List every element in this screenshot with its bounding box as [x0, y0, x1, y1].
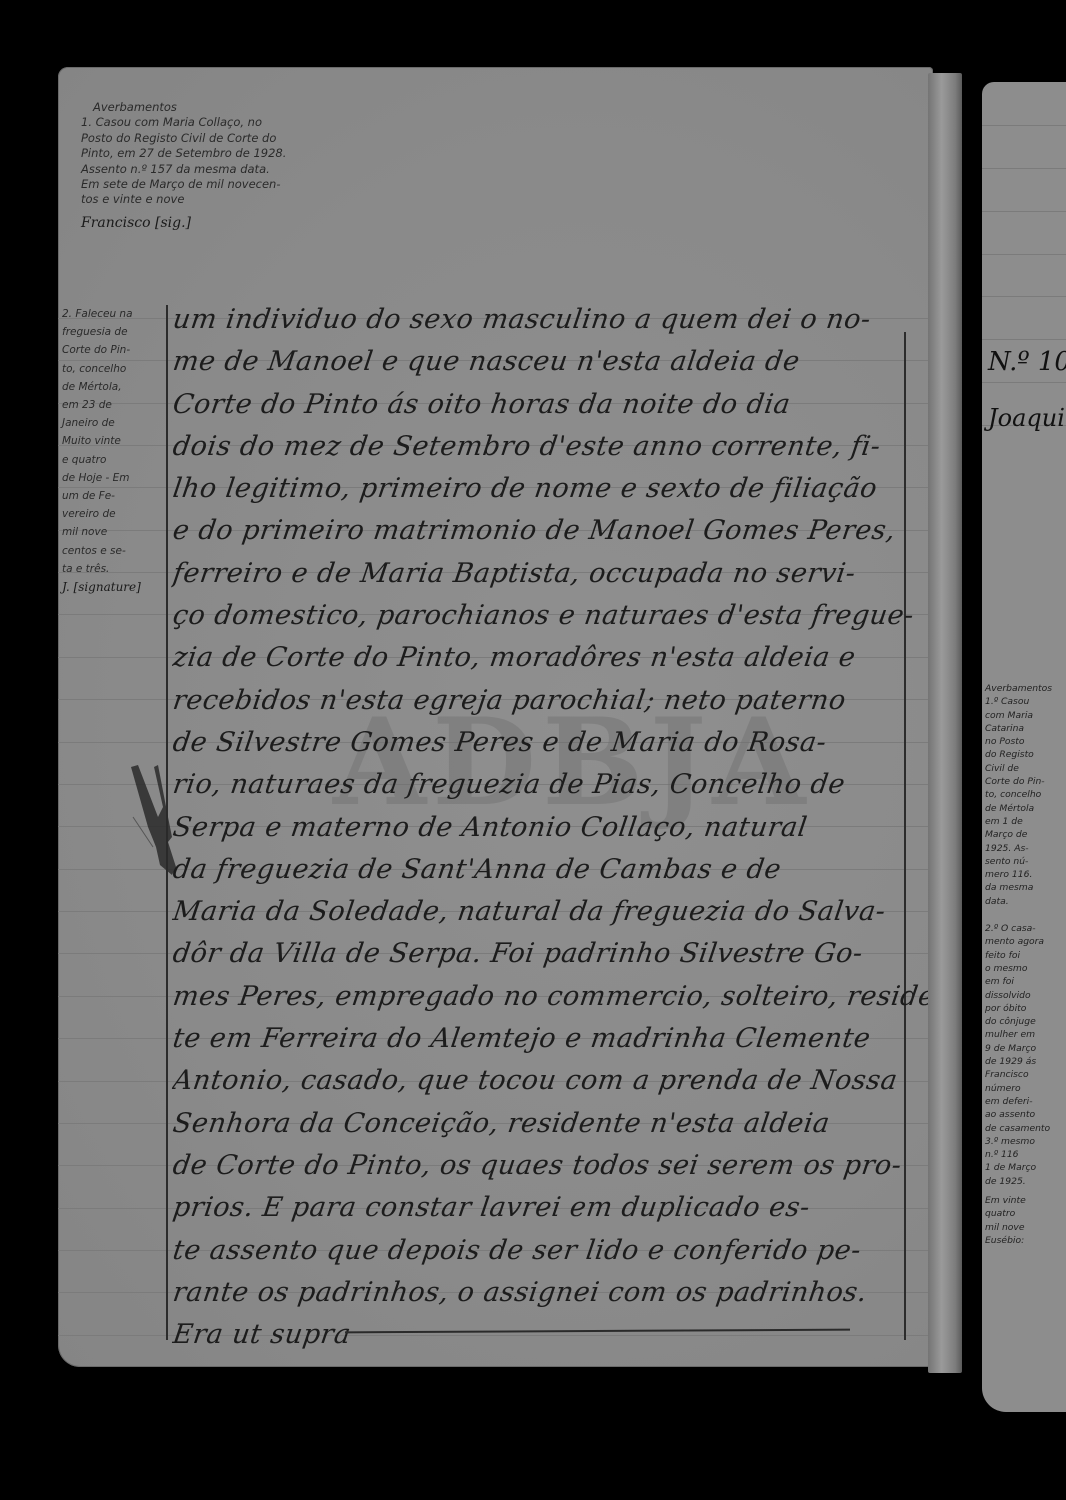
- entry-line: lho legitimo, primeiro de nome e sexto d…: [170, 468, 936, 510]
- marginal-annotation-top: Averbamentos 1. Casou com Maria Collaço,…: [81, 100, 381, 231]
- annotation-line: de 1929 ás: [985, 1055, 1052, 1068]
- entry-line: ço domestico, parochianos e naturaes d'e…: [170, 595, 936, 637]
- annotation-line: Janeiro de: [62, 414, 162, 432]
- entry-line: um individuo do sexo masculino a quem de…: [170, 299, 936, 341]
- entry-line: recebidos n'esta egreja parochial; neto …: [170, 680, 936, 722]
- entry-line: Antonio, casado, que tocou com a prenda …: [170, 1060, 936, 1102]
- annotation-line: e quatro: [62, 451, 162, 469]
- annotation-line: 1 de Março: [985, 1161, 1052, 1174]
- entry-closing-line: Era ut supra: [170, 1314, 936, 1356]
- annotation-line: 1925. As-: [985, 842, 1052, 855]
- annotation-line: 9 de Março: [985, 1042, 1052, 1055]
- annotation-line: centos e se-: [62, 542, 162, 560]
- entry-name-start: Joaquim: [988, 404, 1066, 432]
- annotation-line: Pinto, em 27 de Setembro de 1928.: [81, 146, 381, 161]
- annotation-line: to, concelho: [985, 788, 1052, 801]
- annotation-signature: Francisco [sig.]: [81, 216, 381, 231]
- annotation-line: Averbamentos: [985, 682, 1052, 695]
- entry-line: mes Peres, empregado no commercio, solte…: [170, 976, 936, 1018]
- annotation-line: Civil de: [985, 762, 1052, 775]
- entry-line: me de Manoel e que nasceu n'esta aldeia …: [170, 341, 936, 383]
- annotation-line: ta e três.: [62, 560, 162, 578]
- annotation-line: da mesma: [985, 881, 1052, 894]
- annotation-line: mil nove: [62, 523, 162, 541]
- annotation-line: Corte do Pin-: [62, 341, 162, 359]
- entry-line: Corte do Pinto ás oito horas da noite do…: [170, 384, 936, 426]
- annotation-line: Corte do Pin-: [985, 775, 1052, 788]
- annotation-line: de 1925.: [985, 1175, 1052, 1188]
- marginal-annotation-left: 2. Faleceu na freguesia de Corte do Pin-…: [62, 305, 162, 596]
- annotation-line: do cônjuge: [985, 1015, 1052, 1028]
- entry-line: dôr da Villa de Serpa. Foi padrinho Silv…: [170, 933, 936, 975]
- annotation-line: em 23 de: [62, 396, 162, 414]
- entry-line: da freguezia de Sant'Anna de Cambas e de: [170, 849, 936, 891]
- annotation-line: com Maria: [985, 709, 1052, 722]
- entry-line: te em Ferreira do Alemtejo e madrinha Cl…: [170, 1018, 936, 1060]
- entry-line: ferreiro e de Maria Baptista, occupada n…: [170, 553, 936, 595]
- entry-line: te assento que depois de ser lido e conf…: [170, 1230, 936, 1272]
- annotation-line: 3.º mesmo: [985, 1135, 1052, 1148]
- annotation-line: dissolvido: [985, 989, 1052, 1002]
- right-marginal-annotation: Averbamentos 1.º Casou com Maria Catarin…: [985, 682, 1052, 1247]
- annotation-line: Março de: [985, 828, 1052, 841]
- entry-line: rante os padrinhos, o assignei com os pa…: [170, 1272, 936, 1314]
- entry-line: Senhora da Conceição, residente n'esta a…: [170, 1103, 936, 1145]
- annotation-line: Averbamentos: [81, 100, 381, 115]
- annotation-line: tos e vinte e nove: [81, 192, 381, 207]
- annotation-line: número: [985, 1082, 1052, 1095]
- entry-line: de Corte do Pinto, os quaes todos sei se…: [170, 1145, 936, 1187]
- annotation-line: de casamento: [985, 1122, 1052, 1135]
- annotation-line: Catarina: [985, 722, 1052, 735]
- annotation-line: Em vinte: [985, 1194, 1052, 1207]
- annotation-line: no Posto: [985, 735, 1052, 748]
- entry-number: N.º 107: [988, 347, 1066, 377]
- annotation-line: Eusébio:: [985, 1234, 1052, 1247]
- entry-line: rio, naturaes da freguezia de Pias, Conc…: [170, 764, 936, 806]
- annotation-line: de Mértola: [985, 802, 1052, 815]
- left-register-page: ADBJA Averbamentos 1. Casou com Maria Co…: [58, 67, 933, 1367]
- annotation-signature: J. [signature]: [62, 578, 162, 596]
- entry-line: prios. E para constar lavrei em duplicad…: [170, 1187, 936, 1229]
- annotation-line: freguesia de: [62, 323, 162, 341]
- annotation-line: n.º 116: [985, 1148, 1052, 1161]
- annotation-line: mulher em: [985, 1028, 1052, 1041]
- right-register-page: N.º 107 Joaquim Averbamentos 1.º Casou c…: [982, 82, 1066, 1412]
- annotation-line: em foi: [985, 975, 1052, 988]
- annotation-line: em deferi-: [985, 1095, 1052, 1108]
- annotation-line: Assento n.º 157 da mesma data.: [81, 162, 381, 177]
- annotation-line: por óbito: [985, 1002, 1052, 1015]
- annotation-line: 1.º Casou: [985, 695, 1052, 708]
- annotation-line: feito foi: [985, 949, 1052, 962]
- annotation-line: sento nú-: [985, 855, 1052, 868]
- entry-line: de Silvestre Gomes Peres e de Maria do R…: [170, 722, 936, 764]
- annotation-line: de Mértola,: [62, 378, 162, 396]
- annotation-line: Posto do Registo Civil de Corte do: [81, 131, 381, 146]
- ink-stain-icon: [128, 757, 178, 887]
- annotation-line: to, concelho: [62, 360, 162, 378]
- annotation-line: em 1 de: [985, 815, 1052, 828]
- annotation-line: Muito vinte: [62, 432, 162, 450]
- annotation-line: mero 116.: [985, 868, 1052, 881]
- annotation-line: um de Fe-: [62, 487, 162, 505]
- annotation-line: data.: [985, 895, 1052, 908]
- annotation-line: vereiro de: [62, 505, 162, 523]
- annotation-line: mil nove: [985, 1221, 1052, 1234]
- entry-line: Serpa e materno de Antonio Collaço, natu…: [170, 807, 936, 849]
- annotation-line: Francisco: [985, 1068, 1052, 1081]
- annotation-line: de Hoje - Em: [62, 469, 162, 487]
- annotation-line: do Registo: [985, 748, 1052, 761]
- baptism-entry-text: um individuo do sexo masculino a quem de…: [173, 299, 933, 1356]
- book-gutter: [962, 60, 984, 1500]
- annotation-line: 1. Casou com Maria Collaço, no: [81, 115, 381, 130]
- annotation-line: 2.º O casa-: [985, 922, 1052, 935]
- annotation-line: quatro: [985, 1207, 1052, 1220]
- annotation-line: Em sete de Março de mil novecen-: [81, 177, 381, 192]
- annotation-line: ao assento: [985, 1108, 1052, 1121]
- entry-line: zia de Corte do Pinto, moradôres n'esta …: [170, 637, 936, 679]
- annotation-line: 2. Faleceu na: [62, 305, 162, 323]
- entry-line: dois do mez de Setembro d'este anno corr…: [170, 426, 936, 468]
- entry-line: Maria da Soledade, natural da freguezia …: [170, 891, 936, 933]
- page-edge-stack: [928, 73, 962, 1373]
- annotation-line: mento agora: [985, 935, 1052, 948]
- annotation-line: o mesmo: [985, 962, 1052, 975]
- entry-line: e do primeiro matrimonio de Manoel Gomes…: [170, 510, 936, 552]
